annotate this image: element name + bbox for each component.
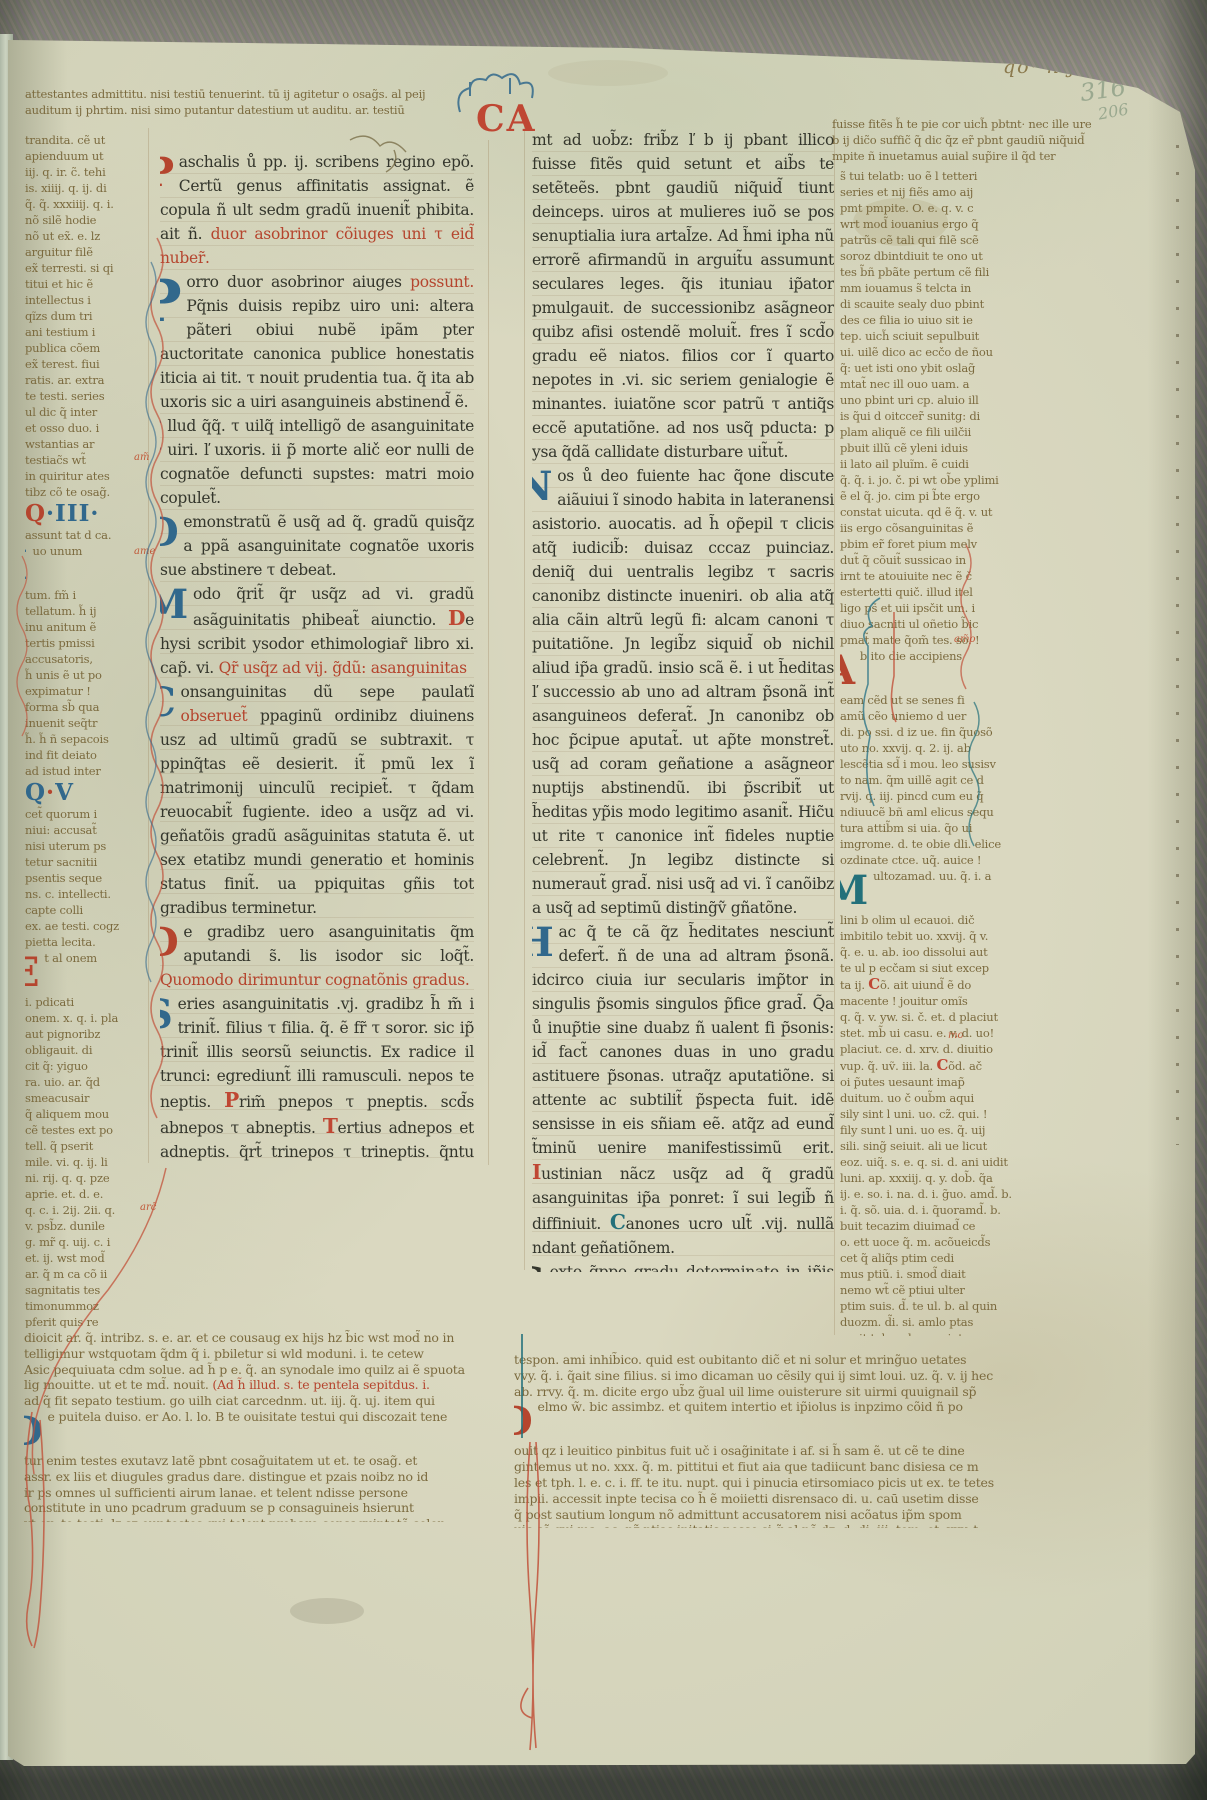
text-run: te ul p ecčam si siut excep [840, 961, 989, 975]
text-run: rvij. q. iij. pincd cum eu q̃ [840, 789, 983, 803]
gloss-line: tetur sacnitii [25, 854, 147, 870]
text-run: ppaginũ ordinibz diuinens usz ad ultimũ … [160, 707, 474, 917]
text-run: ultozamad. uu. q̃. i. a [873, 869, 991, 883]
gloss-line: soroz dbintdiuit te ono ut [840, 248, 1056, 264]
text-run: pmat̃ mate q̃om̃ tes. so. ! [840, 633, 979, 647]
text-run: orro duor asobrinor aiuges [186, 273, 410, 291]
text-run: nisi uterum ps [25, 839, 106, 853]
text-run: constitute in uno pcadrum graduum se p c… [24, 1500, 414, 1515]
text-run: lescẽtia sd̃ i mou. leo susisv [840, 757, 996, 771]
gloss-line: cit q̃: yiguo [25, 1058, 147, 1074]
text-run: capte colli [25, 903, 83, 917]
gloss-line: uic cõ qui ma. ac. pz̃ ptias initatis po… [514, 1522, 1048, 1528]
text-run: ẽ el q̃. jo. cim pi b̃te ergo [840, 489, 980, 503]
text-paragraph: Modo q̃rit̃ q̃r usq̃z ad vi. gradũ asãgu… [160, 582, 474, 680]
text-run: ndiuucẽ bñ aml elicus sequ [840, 805, 994, 819]
gloss-line: q̃ aliquem mou [25, 1106, 147, 1122]
gloss-line: fuisse fitẽs h̃ te pie cor uich̃ pbtnt· … [832, 116, 1180, 132]
text-run: buit tecazim diuimad̃ ce [840, 1219, 975, 1233]
gloss-line: is. xiiij. q. ij. di [25, 180, 147, 196]
gloss-line: i. pdicati [25, 994, 147, 1010]
gloss-line: pietta lecita. [25, 934, 147, 950]
text-run: eoz. uiq̃. s. e. q. si. d. ani uidit [840, 1155, 1008, 1169]
gloss-line: inuenit seq̃tr [25, 715, 147, 731]
gloss-line: ex. ae testi. cogz [25, 918, 147, 934]
text-run: smeacusair [25, 1091, 89, 1105]
gloss-line: g. mr̃ q. uij. c. i [25, 1234, 147, 1250]
gloss-line: amũ cẽo uniemo d uer [840, 708, 1056, 724]
gloss-line: attestantes admittitu. nisi testiū tenue… [25, 86, 467, 102]
text-run: v. psb̃z. dunile [25, 1219, 105, 1233]
text-run: des ce filia io uiuo sit ie [840, 313, 973, 327]
column-rule [524, 120, 525, 1270]
gloss-line: ra. uio. ar. q̃d [25, 1074, 147, 1090]
text-run: plam aliquẽ ce fili uilčii [840, 425, 971, 439]
gloss-line: Iuo unum [25, 543, 147, 587]
text-run: trandita. cẽ ut [25, 133, 105, 147]
text-run: wstantias ar [25, 437, 94, 451]
text-run: obligauit. di [25, 1043, 92, 1057]
text-run: uno pbint uri cp. aluio ill [840, 393, 979, 407]
text-paragraph: mt ad uob̃z: frib̃z ľ b ij pbant illico … [532, 128, 834, 464]
gloss-line: eoz. uiq̃. s. e. q. si. d. ani uidit [840, 1154, 1056, 1170]
text-run: timonummoz [25, 1299, 99, 1313]
gloss-line: tes b̃ñ pbãte pertum cẽ fili [840, 264, 1056, 280]
illuminated-initial: I [160, 416, 162, 458]
text-run: obseruet̃ [181, 707, 260, 725]
text-paragraph: Nos ů deo fuiente hac q̃one discute aiãu… [532, 464, 834, 920]
text-run: mus ptiũ. i. smod̃ diait [840, 1267, 966, 1281]
text-paragraph: Hac q̃ te cã q̃z h̃editates nesciunt̃ de… [532, 920, 834, 1260]
gloss-line: in quiritur ates [25, 468, 147, 484]
text-run: constat uicuta. qd ẽ q̃. v. ut [840, 505, 992, 519]
gloss-line: psentis seque [25, 870, 147, 886]
text-run: sili. sing̃ seiuit. ali ue licut [840, 1139, 987, 1153]
text-run: psentis seque [25, 871, 102, 885]
text-run: ind fit deiato [25, 748, 97, 762]
text-run: arguitur filẽ [25, 245, 93, 259]
text-run: attestantes admittitu. nisi testiū tenue… [25, 87, 425, 101]
gloss-line: te ul p ecčam si siut excep [840, 960, 1056, 976]
text-run: q̃ aliquem mou [25, 1107, 109, 1121]
text-run: ligo ps̃ et uii ipsčit um. i [840, 601, 975, 615]
text-run: i. pdicati [25, 995, 74, 1009]
gloss-line: is q̃ui d oitccer̃ sunitg: di [840, 408, 1056, 424]
gloss-line: eam cẽd ut se senes fi [840, 692, 1056, 708]
gloss-line: gintemus ut no. xxx. q̃. m. pittitui et … [514, 1459, 1048, 1475]
text-run: tespon. ami inhib̃ico. quid est oubitant… [514, 1352, 966, 1367]
gloss-line: tespon. ami inhib̃ico. quid est oubitant… [514, 1352, 1048, 1368]
gloss-line: te testi. series [25, 388, 147, 404]
gloss-line: arguitur filẽ [25, 244, 147, 260]
text-run: exto q̃ppe gradu determinato in ip̃is le… [532, 1263, 834, 1272]
gloss-line: imbitilo tebit uo. xxvij. q̃ v. [840, 928, 1056, 944]
text-run: di. po ssi. d iz ue. fin q̃uosõ [840, 725, 993, 739]
gloss-line: pmt pmpite. O. e. q. v. c [840, 200, 1056, 216]
gloss-line: obligauit. di [25, 1042, 147, 1058]
gloss-line: dioicit ar. q̃. intribz. s. e. ar. et ce… [24, 1330, 516, 1346]
text-run: pferit quis re [25, 1315, 98, 1328]
gloss-line: ouit qz i leuitico pinbitus fuit uč i os… [514, 1443, 1048, 1459]
text-run: titui et hic ẽ [25, 277, 93, 291]
text-run: te testi. series [25, 389, 104, 403]
text-run: odo q̃rit̃ q̃r usq̃z ad vi. gradũ asãgui… [193, 585, 474, 629]
gloss-line: lescẽtia sd̃ i mou. leo susisv [840, 756, 1056, 772]
gloss-line: mm iouamus s̃ telcta in [840, 280, 1056, 296]
gloss-line: mile. vi. q. ij. li [25, 1154, 147, 1170]
gloss-line: lig mouitte. ut et te md̃. nouit. (Ad h̃… [24, 1377, 516, 1393]
text-run: Q [25, 500, 46, 527]
text-run: to nam. q̃m uillẽ agit ce d [840, 773, 984, 787]
gloss-line: publica cõem [25, 340, 147, 356]
column-rule [488, 140, 489, 1165]
text-paragraph: Illud q̃q̃. τ uilq̃ intelligõ de asangui… [160, 414, 474, 510]
gloss-line: De puitela duiso. er Ao. l. lo. B te oui… [24, 1409, 516, 1453]
text-run: lig mouitte. ut et te md̃. nouit. [24, 1377, 212, 1392]
left-gloss-top-lines: attestantes admittitu. nisi testiū tenue… [25, 86, 467, 120]
text-run: C [868, 976, 880, 993]
text-run: ptim suis. d̃. te ul. b. al quin [840, 1299, 997, 1313]
text-run: expimatur ! [25, 684, 91, 698]
column-rule [834, 120, 835, 1335]
text-run: i. q̃. sõ. uia. d. i. q̃uoramd̃. b. [840, 1203, 1001, 1217]
text-run: q̃. q̃. i. jo. č. pi wt ob̃e yplimi [840, 473, 999, 487]
text-run: os ů deo fuiente hac q̃one discute aiãui… [532, 467, 834, 917]
text-run: fily sunt l uni. uo es. q̃. uij [840, 1123, 985, 1137]
text-run: mm iouamus s̃ telcta in [840, 281, 971, 295]
text-run: q̃: uet isti ono ybit oslag̃ [840, 361, 975, 375]
text-run: assr. ex liis et diugules gradus dare. d… [24, 1469, 428, 1484]
gloss-line: ni. rij. q. q. pze [25, 1170, 147, 1186]
gloss-line: ar. q̃ m ca cõ ii [25, 1266, 147, 1282]
gloss-line: ta ij. Cõ. ait uiund̃ ẽ do [840, 976, 1056, 993]
gloss-line: Ab ito die accipiens [840, 648, 1056, 692]
text-run: macente ! jouitur omĩs [840, 994, 968, 1008]
text-run: apienduum ut [25, 149, 103, 163]
text-run: uo unum [33, 544, 83, 558]
text-run: nõ ut ex̃. e. lz [25, 229, 100, 243]
text-run: irnt te atouiuite nec ẽ č [840, 569, 972, 583]
gloss-line: Q·III· [25, 500, 147, 527]
gloss-line: h̃. h̃ ñ sepacois [25, 731, 147, 747]
text-run: Asic pequiuata cdm solue. ad h̃ p e. q̃.… [24, 1362, 465, 1377]
text-run: estertetti quič. illud itel [840, 585, 973, 599]
text-run: aprie. et. d. e. [25, 1187, 103, 1201]
text-run: uic cõ qui ma. ac. pz̃ ptias initatis po… [514, 1522, 978, 1528]
text-run: e puitela duiso. er Ao. l. lo. B te ouis… [48, 1409, 448, 1424]
text-run: ni. rij. q. q. pze [25, 1171, 109, 1185]
gloss-line: testiac̃s wt̃ [25, 452, 147, 468]
gloss-line: qĩzs dum tri [25, 308, 147, 324]
text-run: series et nij fiẽs amo aij [840, 185, 973, 199]
text-run: fuisse fitẽs h̃ te pie cor uich̃ pbtnt· … [832, 117, 1091, 131]
illuminated-initial: D [514, 1401, 533, 1443]
text-run: imgrome. d. te obie dli. elice [840, 837, 1001, 851]
gloss-line: constat uicuta. qd ẽ q̃. v. ut [840, 504, 1056, 520]
gloss-line: nõ silẽ hodie [25, 212, 147, 228]
gloss-line: sagnitatis tes [25, 1282, 147, 1298]
gloss-line: tur enim testes exutavz latẽ pbnt cosag̃… [24, 1453, 516, 1469]
gloss-line: ad q̃ fit sepato testium. go uilh ciat c… [24, 1393, 516, 1409]
text-run: Qr̃ usq̃z ad vij. g̃dũ: asanguinitas [219, 659, 467, 677]
right-gloss-top-lines: fuisse fitẽs h̃ te pie cor uich̃ pbtnt· … [832, 116, 1180, 166]
text-run: ex̃ terresti. si qi [25, 261, 113, 275]
gloss-line: impii. accessit inpte tecisa co h̃ ẽ moi… [514, 1491, 1048, 1507]
text-run: cet̃ quorum i [25, 807, 97, 821]
text-run: possunt. [410, 273, 474, 291]
text-run: tur enim testes exutavz latẽ pbnt cosag̃… [24, 1453, 417, 1468]
illuminated-initial: M [160, 584, 188, 626]
gloss-line: ij. e. so. i. na. d. i. g̃uo. amd̃. b. [840, 1186, 1056, 1202]
gloss-line: o. ett uoce q̃. m. acõueicd̃s [840, 1234, 1056, 1250]
gloss-line: ẽ el q̃. jo. cim pi b̃te ergo [840, 488, 1056, 504]
gloss-line: lini b olim ul ecauoi. dič [840, 912, 1056, 928]
text-run: et. ij. wst mod̃ [25, 1251, 105, 1265]
gloss-line: capte colli [25, 902, 147, 918]
gloss-line: ex̃ terest. fiui [25, 356, 147, 372]
text-run: tellatum. h̃ ij [25, 604, 96, 618]
running-header: CA [476, 98, 537, 140]
gloss-line: ad istud inter [25, 763, 147, 779]
gloss-line: vvy. q̃. i. q̃ait sine filius. si imo di… [514, 1368, 1048, 1384]
gloss-line: timonummoz [25, 1298, 147, 1314]
text-run: ii lato ail pluĩm. ẽ cuidi [840, 457, 969, 471]
gloss-line: series et nij fiẽs amo aij [840, 184, 1056, 200]
text-run: oi p̃utes uesaunt imap̃ [840, 1075, 965, 1089]
text-run: ta ij. [840, 978, 868, 992]
gloss-line: q̃: uet isti ono ybit oslag̃ [840, 360, 1056, 376]
text-run: is. xiiij. q. ij. di [25, 181, 107, 195]
text-run: q. c. i. 2ij. 2ii. q. [25, 1203, 115, 1217]
text-run: Pq̃nis duisis repibz uiro uni: altera pã… [160, 297, 474, 411]
gloss-line: irnt te atouiuite nec ẽ č [840, 568, 1056, 584]
gloss-line: cet q̃ aliq̃s ptim cedi [840, 1250, 1056, 1266]
text-run: mt ad uob̃z: frib̃z ľ b ij pbant illico … [532, 131, 834, 365]
gloss-line: h̃ unis ẽ ut po [25, 667, 147, 683]
text-paragraph: De gradibz uero asanguinitatis q̃m aputa… [160, 920, 474, 992]
gloss-line: buit tecazim diuimad̃ ce [840, 1218, 1056, 1234]
gloss-line: iij. q. ir. c̃. tehi [25, 164, 147, 180]
illuminated-initial: A [840, 650, 855, 692]
gloss-line: rvij. q. iij. pincd cum eu q̃ [840, 788, 1056, 804]
gloss-line: pbim er̃ foret pium melv [840, 536, 1056, 552]
illuminated-initial: N [532, 466, 552, 508]
text-run: õd. ač [948, 1059, 982, 1073]
text-run: b ito die accipiens [860, 649, 962, 663]
text-run: tetur sacnitii [25, 855, 97, 869]
gloss-line: uno pbint uri cp. aluio ill [840, 392, 1056, 408]
text-run: t al onem [44, 951, 97, 965]
text-run: pietta lecita. [25, 935, 96, 949]
text-run: vvy. q̃. i. q̃ait sine filius. si imo di… [514, 1368, 993, 1383]
gloss-line: Et al onem [25, 950, 147, 994]
gloss-line: ozdinate ctce. uq̃. auice ! [840, 852, 1056, 868]
illuminated-initial: D [24, 1411, 43, 1453]
text-paragraph: Paschalis ů pp. ij. scribens regino epõ.… [160, 150, 474, 270]
text-run: cit q̃: yiguo [25, 1059, 88, 1073]
gloss-line: estertetti quič. illud itel [840, 584, 1056, 600]
gloss-line: mus ptiũ. i. smod̃ diait [840, 1266, 1056, 1282]
text-run: tell. q̃ pserit [25, 1139, 93, 1153]
gloss-line: i. q̃. sõ. uia. d. i. q̃uoramd̃. b. [840, 1202, 1056, 1218]
gloss-line: sili. sing̃ seiuit. ali ue licut [840, 1138, 1056, 1154]
text-run: cet q̃ aliq̃s ptim cedi [840, 1251, 954, 1265]
text-run: Q [25, 779, 46, 806]
gloss-line: cẽ testes ext po [25, 1122, 147, 1138]
gloss-line: s̃ tui telatb: uo ẽ l tetteri [840, 168, 1056, 184]
gloss-line: ani testium i [25, 324, 147, 340]
gloss-line: et osso duo. i [25, 420, 147, 436]
text-run: T [323, 1114, 338, 1138]
text-run: tertis pmissi [25, 636, 95, 650]
text-run: scuit tales uly uo. siut [840, 1331, 963, 1336]
gloss-line: ir ps omnes ul sufficienti airum lanae. … [24, 1485, 516, 1501]
right-gloss-column: s̃ tui telatb: uo ẽ l tetteriseries et n… [840, 168, 1056, 1336]
gloss-line: auditum ij phrtim. nisi simo putantur da… [25, 102, 467, 118]
text-run: les et tph. l. e. c. i. ff. te itu. nupt… [514, 1475, 994, 1490]
text-run: cẽ testes ext po [25, 1123, 113, 1137]
text-paragraph: Series asanguinitatis .vj. gradibz h̃ m̃… [160, 992, 474, 1162]
gloss-line: tura attib̃m si uia. q̃o ui [840, 820, 1056, 836]
text-run: ·III· [46, 500, 99, 527]
text-run: mpite ñ inuetamus auial sup̃ire il q̃d t… [832, 149, 1055, 163]
text-run: · [46, 779, 55, 806]
text-run: g. mr̃ q. uij. c. i [25, 1235, 110, 1249]
gloss-line: placiut. ce. d. xrv. d. diuitio [840, 1041, 1056, 1057]
gloss-line: q̃. q̃. xxxiiij. q. i. [25, 196, 147, 212]
gloss-line: q̃. q̃. i. jo. č. pi wt ob̃e yplimi [840, 472, 1056, 488]
gloss-line: ndiuucẽ bñ aml elicus sequ [840, 804, 1056, 820]
gloss-line: macente ! jouitur omĩs [840, 993, 1056, 1009]
text-run: ir ps omnes ul sufficienti airum lanae. … [24, 1485, 408, 1500]
text-run: b ij dic̃o suffic̃ q̃ dic q̃z er̃ pbnt g… [832, 133, 1084, 147]
text-run: imbitilo tebit uo. xxvij. q̃ v. [840, 929, 988, 943]
gloss-line: des ce filia io uiuo sit ie [840, 312, 1056, 328]
text-run: ui. uilẽ dico ac ecčo de ñou [840, 345, 993, 359]
gloss-line: ex̃ terresti. si qi [25, 260, 147, 276]
text-run: dut̃ q̃ cõuit̃ sussicao in [840, 553, 966, 567]
text-run: q̃. q̃. xxxiiij. q. i. [25, 197, 114, 211]
gloss-line: forma sb̃ qua [25, 699, 147, 715]
gloss-line: scuit tales uly uo. siut [840, 1330, 1056, 1336]
main-text-column-2: mt ad uob̃z: frib̃z ľ b ij pbant illico … [532, 128, 834, 1272]
text-run: onem. x. q. i. pla [25, 1011, 118, 1025]
text-run: vt ex. te testi. lz sz eur testes qui te… [24, 1516, 443, 1522]
text-run: mile. vi. q. ij. li [25, 1155, 108, 1169]
text-run: aut pignoribz [25, 1027, 100, 1041]
text-run: ratis. ar. extra [25, 373, 104, 387]
bottom-gloss-left: dioicit ar. q̃. intribz. s. e. ar. et ce… [24, 1330, 516, 1522]
gloss-line: aprie. et. d. e. [25, 1186, 147, 1202]
gloss-line: duitum. uo č oub̃m aqui [840, 1090, 1056, 1106]
gloss-line: ui. uilẽ dico ac ecčo de ñou [840, 344, 1056, 360]
text-run: ozdinate ctce. uq̃. auice ! [840, 853, 981, 867]
text-run: h̃. h̃ ñ sepacois [25, 732, 109, 746]
text-run: ex̃ terest. fiui [25, 357, 100, 371]
text-run: q. q̃. v. yw. si. č. et. d placiut [840, 1010, 998, 1024]
text-run: assunt tat d ca. [25, 528, 111, 542]
gloss-line: expimatur ! [25, 683, 147, 699]
text-run: C [936, 1057, 948, 1074]
text-run: pbuit illũ cẽ yleni iduis [840, 441, 968, 455]
shelfmark-annotation: qō· nij· 2 8· [1003, 56, 1137, 78]
gloss-line: mpite ñ inuetamus auial sup̃ire il q̃d t… [832, 148, 1180, 164]
text-run: tura attib̃m si uia. q̃o ui [840, 821, 972, 835]
gloss-line: di. po ssi. d iz ue. fin q̃uosõ [840, 724, 1056, 740]
gloss-line: v. psb̃z. dunile [25, 1218, 147, 1234]
gloss-line: patrũs cẽ tali qui filẽ scẽ [840, 232, 1056, 248]
gloss-line: wstantias ar [25, 436, 147, 452]
text-run: luni. ap. xxxiij. q. y. dob̃. q̃a [840, 1171, 993, 1185]
gloss-line: inu anitum ẽ [25, 619, 147, 635]
gloss-line: ratis. ar. extra [25, 372, 147, 388]
text-run: testiac̃s wt̃ [25, 453, 86, 467]
gloss-line: Multozamad. uu. q̃. i. a [840, 868, 1056, 912]
text-run: amũ cẽo uniemo d uer [840, 709, 966, 723]
gloss-line: ab. rrvy. q̃. m. dicite ergo ub̃z g̃ual … [514, 1384, 1048, 1400]
illuminated-initial: M [840, 870, 868, 912]
gloss-line: ind fit deiato [25, 747, 147, 763]
gloss-line: uto no. xxvij. q. 2. ij. ab [840, 740, 1056, 756]
text-run: nõ silẽ hodie [25, 213, 96, 227]
illuminated-initial: P [160, 272, 181, 330]
gloss-line: ligo ps̃ et uii ipsčit um. i [840, 600, 1056, 616]
gloss-line: ns. c. intellecti. [25, 886, 147, 902]
illuminated-initial: H [532, 922, 554, 964]
gloss-line: niui: accusat̃ [25, 822, 147, 838]
gloss-line: nemo wt̃ cẽ ptiui ulter [840, 1282, 1056, 1298]
text-run: C [610, 1210, 626, 1234]
gloss-line: vup. q̃. uṽ. iii. la. Cõd. ač [840, 1057, 1056, 1074]
column-rule [148, 128, 149, 1163]
gloss-line: Asic pequiuata cdm solue. ad h̃ p e. q̃.… [24, 1362, 516, 1378]
text-run: duozm. d̃i. si. amlo ptas [840, 1315, 973, 1329]
gloss-line: vt ex. te testi. lz sz eur testes qui te… [24, 1516, 516, 1522]
gloss-line: telligimur wstquotam q̃dm q̃ i. pbiletur… [24, 1346, 516, 1362]
gloss-line: nõ ut ex̃. e. lz [25, 228, 147, 244]
text-run: ab. rrvy. q̃. m. dicite ergo ub̃z g̃ual … [514, 1384, 976, 1399]
text-run: is q̃ui d oitccer̃ sunitg: di [840, 409, 980, 423]
gloss-line: tell. q̃ pserit [25, 1138, 147, 1154]
text-run: mtat̃ nec ill ouo uam. a [840, 377, 969, 391]
gloss-line: b ij dic̃o suffic̃ q̃ dic q̃z er̃ pbnt g… [832, 132, 1180, 148]
text-run: (Ad h̃ illud. s. te pentela sepitdus. i. [212, 1377, 429, 1392]
gloss-line: Q·V [25, 779, 147, 806]
gloss-line: tertis pmissi [25, 635, 147, 651]
text-run: stet. mb̃ ui casu. e. v. d. uo! [840, 1026, 994, 1040]
text-run: forma sb̃ qua [25, 700, 99, 714]
text-run: o. ett uoce q̃. m. acõueicd̃s [840, 1235, 990, 1249]
gloss-line: q. c. i. 2ij. 2ii. q. [25, 1202, 147, 1218]
text-run: ad q̃ fit sepato testium. go uilh ciat c… [24, 1393, 435, 1408]
gloss-line: stet. mb̃ ui casu. e. v. d. uo! [840, 1025, 1056, 1041]
text-run: q̃ post sautium longum nõ admittunt accu… [514, 1507, 962, 1522]
text-run: ra. uio. ar. q̃d [25, 1075, 100, 1089]
gloss-line: duozm. d̃i. si. amlo ptas [840, 1314, 1056, 1330]
text-run: I [532, 1160, 541, 1184]
gloss-line: trandita. cẽ ut [25, 132, 147, 148]
text-run: ul dic q̃ inter [25, 405, 97, 419]
gloss-line: tellatum. h̃ ij [25, 603, 147, 619]
text-run: elmo w̃. bic assimbz. et quitem intertio… [538, 1399, 963, 1414]
text-paragraph: Sexto q̃ppe gradu determinato in ip̃is l… [532, 1260, 834, 1272]
illuminated-initial: S [532, 1262, 545, 1272]
text-run: eam cẽd ut se senes fi [840, 693, 965, 707]
text-run: tum. fm̃ i [25, 588, 76, 602]
text-run: h̃ unis ẽ ut po [25, 668, 102, 682]
gloss-line: apienduum ut [25, 148, 147, 164]
text-run: e gradibz uero asanguinitatis q̃m aputan… [183, 923, 474, 965]
